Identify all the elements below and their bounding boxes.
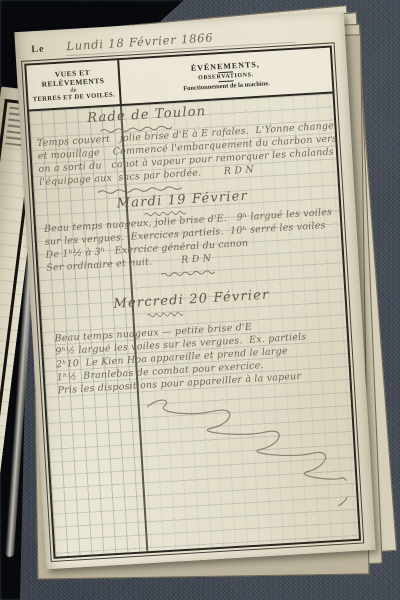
table-header-left: VUES ET RELÈVEMENTS de TERRES ET DE VOIL… bbox=[26, 60, 122, 109]
header-left-line3: TERRES ET DE VOILES. bbox=[33, 91, 116, 103]
photo-background: LeLundi 18 Février 1866 VUES ET RELÈVEME… bbox=[0, 0, 400, 600]
printed-date-label: Le bbox=[31, 44, 45, 56]
table-body: Rade de Toulon Temps couvert jolie brise… bbox=[29, 93, 359, 556]
log-table: VUES ET RELÈVEMENTS de TERRES ET DE VOIL… bbox=[24, 45, 361, 558]
logbook-page: LeLundi 18 Février 1866 VUES ET RELÈVEME… bbox=[14, 13, 375, 570]
squiggle-separator bbox=[148, 311, 184, 319]
header-right-line3: Fonctionnement de la machine. bbox=[183, 80, 270, 92]
handwritten-date: Lundi 18 Février 1866 bbox=[66, 30, 214, 53]
squiggle-separator bbox=[160, 269, 214, 278]
pen-flourish bbox=[131, 388, 348, 530]
entry-heading-wednesday: Mercredi 20 Février bbox=[113, 288, 270, 312]
